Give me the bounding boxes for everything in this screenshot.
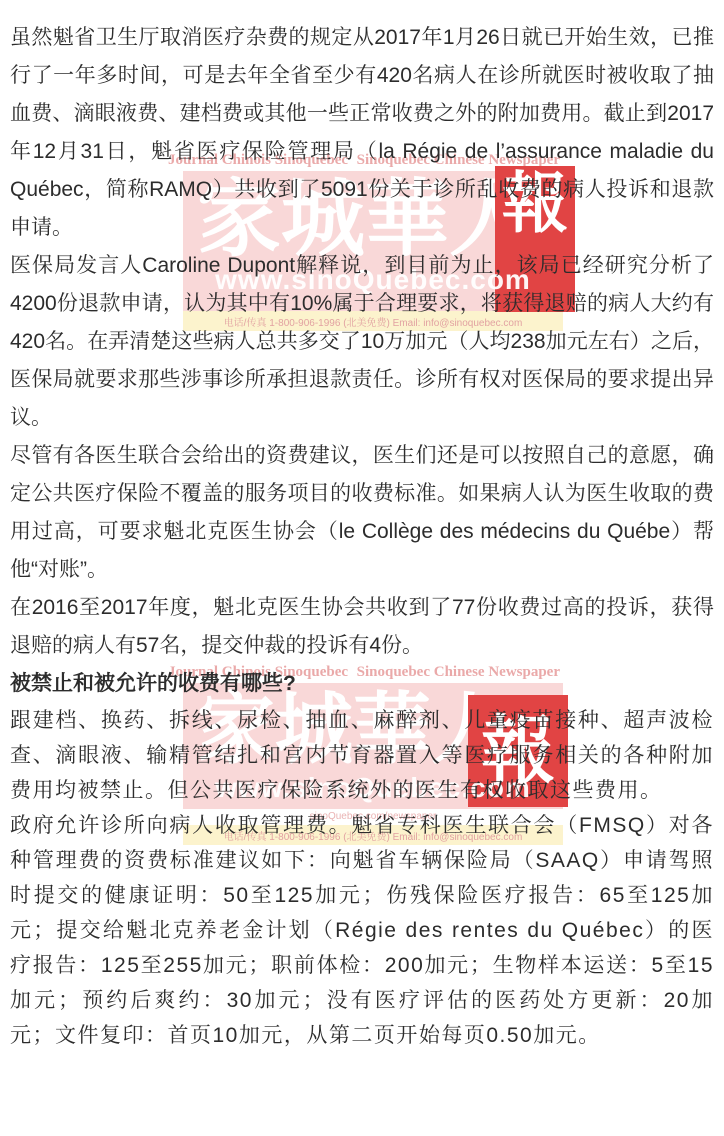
- paragraph-complaint-stats: 在2016至2017年度，魁北克医生协会共收到了77份收费过高的投诉，获得退赔的…: [10, 589, 714, 665]
- paragraph-ramq-spokesperson: 医保局发言人Caroline Dupont解释说，到目前为止，该局已经研究分析了…: [10, 247, 714, 437]
- paragraph-intro-fees: 虽然魁省卫生厅取消医疗杂费的规定从2017年1月26日就已开始生效，已推行了一年…: [10, 19, 714, 247]
- paragraph-admin-fees: 政府允许诊所向病人收取管理费。魁省专科医生联合会（FMSQ）对各种管理费的资费标…: [10, 808, 714, 1053]
- section-heading-allowed-fees: 被禁止和被允许的收费有哪些?: [10, 665, 714, 703]
- article-page: Journal Chinois Sinoquebec Sinoquebec Ch…: [0, 0, 724, 1136]
- article-body: 虽然魁省卫生厅取消医疗杂费的规定从2017年1月26日就已开始生效，已推行了一年…: [0, 0, 724, 1053]
- paragraph-banned-fees: 跟建档、换药、拆线、尿检、抽血、麻醉剂、儿童疫苗接种、超声波检查、滴眼液、输精管…: [10, 703, 714, 808]
- paragraph-doctor-fees: 尽管有各医生联合会给出的资费建议，医生们还是可以按照自己的意愿，确定公共医疗保险…: [10, 437, 714, 589]
